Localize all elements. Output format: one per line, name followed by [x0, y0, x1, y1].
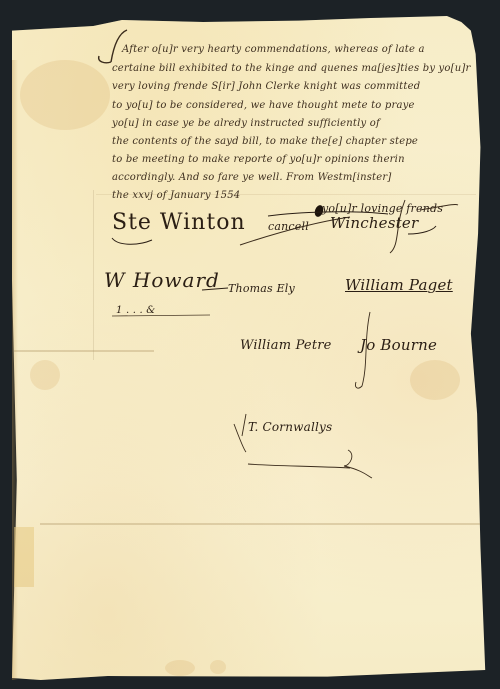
body-line-1: After o[u]r very hearty commendations, w… [122, 44, 425, 55]
signature-thomas-ely: Thomas Ely [228, 282, 295, 295]
body-line-6: the contents of the sayd bill, to make t… [112, 136, 418, 147]
stain-2 [410, 360, 460, 400]
cornwallis-flourish [232, 410, 382, 480]
body-line-2: certaine bill exhibited to the kinge and… [112, 63, 470, 74]
marginal-strike-line [110, 312, 220, 320]
body-line-5: yo[u] in case ye be alredy instructed su… [112, 118, 380, 129]
bourne-flourish [350, 310, 380, 390]
stain-5 [30, 360, 60, 390]
fold-line-1 [14, 350, 154, 352]
body-line-7: to be meeting to make reporte of yo[u]r … [112, 154, 405, 165]
winton-underline-flourish [108, 212, 438, 252]
body-line-4: to yo[u] to be considered, we have thoug… [112, 100, 415, 111]
stain-4 [210, 660, 226, 674]
body-line-9: the xxvj of January 1554 [112, 190, 240, 201]
signature-william-paget: William Paget [345, 276, 453, 294]
margin-rule [93, 190, 94, 360]
paper-edge-shadow [12, 60, 18, 680]
stain-3 [165, 660, 195, 676]
fold-line-2 [40, 523, 480, 525]
signature-william-petre: William Petre [240, 338, 332, 353]
paper-repair-patch [14, 527, 34, 587]
body-line-8: accordingly. And so fare ye well. From W… [112, 172, 391, 183]
body-line-3: very loving frende S[ir] John Clerke kni… [112, 81, 420, 92]
stain-1 [20, 60, 110, 130]
